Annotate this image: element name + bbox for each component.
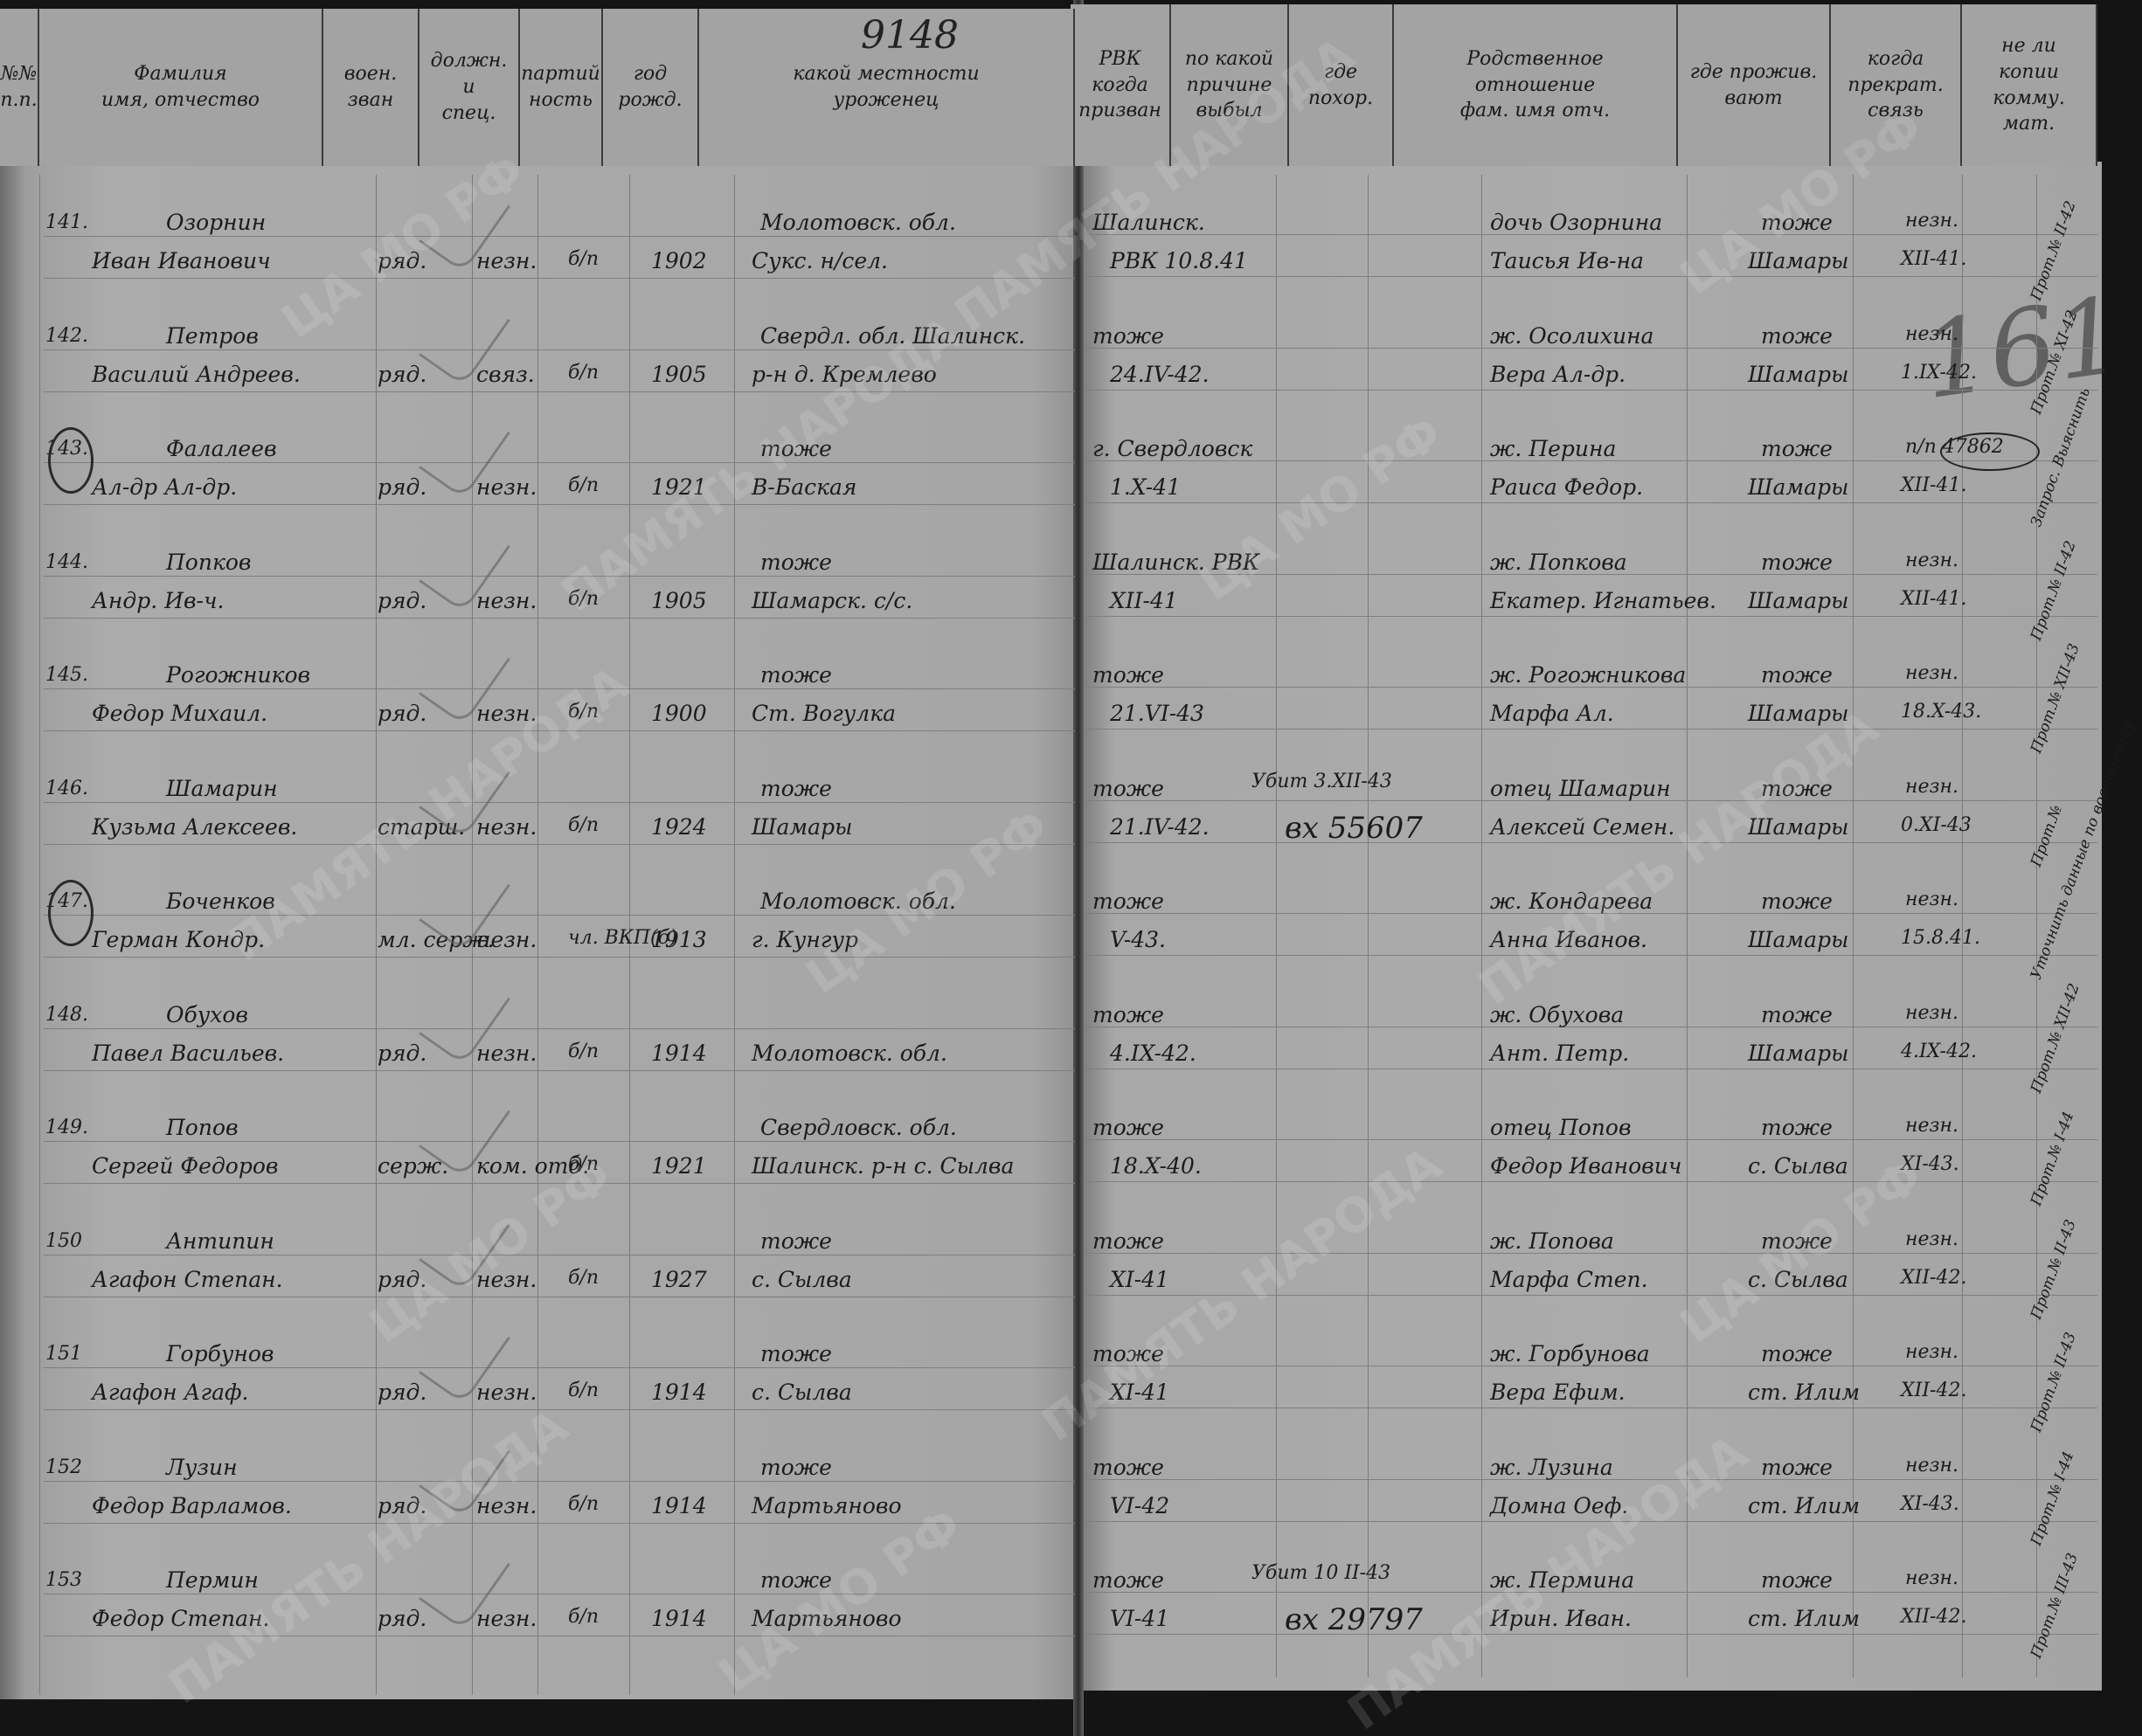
row-rule	[44, 236, 1075, 237]
relative-place-1: тоже	[1761, 1228, 1833, 1254]
header-col-relative_place: где прожив. вают	[1678, 4, 1831, 166]
row-rule	[44, 462, 1075, 463]
relative-line-1: ж. Попкова	[1490, 550, 1627, 575]
column-divider	[1687, 175, 1688, 1677]
surname: Петров	[166, 323, 259, 349]
party: б/п	[568, 362, 599, 384]
row-rule	[44, 1481, 1075, 1482]
relative-line-2: Ант. Петр.	[1490, 1041, 1629, 1066]
specialty: незн.	[476, 1041, 537, 1066]
rank: ряд.	[378, 362, 426, 387]
birth-year: 1905	[651, 362, 707, 387]
drafted-line-1: тоже	[1092, 1115, 1164, 1140]
drafted-line-1: Шалинск.	[1092, 210, 1205, 235]
origin-line-2: В-Баская	[752, 474, 856, 500]
row-rule	[44, 1594, 1075, 1594]
relative-place-1: тоже	[1761, 776, 1833, 801]
row-rule	[1084, 1295, 2097, 1296]
circled-row-mark	[48, 880, 94, 946]
birth-year: 1914	[651, 1493, 707, 1518]
origin-line-2: г. Кунгур	[752, 927, 858, 952]
relative-line-2: Марфа Степ.	[1490, 1267, 1648, 1292]
row-rule	[44, 504, 1075, 505]
relative-place-2: Шамары	[1748, 1041, 1848, 1066]
relative-line-1: отец Попов	[1490, 1115, 1632, 1140]
relative-line-2: Таисья Ив-на	[1490, 248, 1644, 273]
row-rule	[44, 1183, 1075, 1184]
surname: Попков	[166, 550, 252, 575]
column-divider	[734, 175, 735, 1695]
rank: ряд.	[378, 1267, 426, 1292]
row-number: 141.	[45, 211, 88, 233]
contact-line-2: XI-43.	[1901, 1493, 1959, 1515]
origin-line-1: Свердл. обл. Шалинск.	[760, 323, 1025, 349]
drafted-line-2: 1.X-41	[1110, 474, 1181, 500]
relative-place-2: ст. Илим	[1748, 1606, 1860, 1631]
surname: Горбунов	[166, 1341, 274, 1366]
contact-line-2: 0.XI-43	[1901, 814, 1972, 836]
row-rule	[44, 844, 1075, 845]
rank: ряд.	[378, 1041, 426, 1066]
row-number: 151	[45, 1343, 82, 1365]
relative-place-1: тоже	[1761, 1341, 1833, 1366]
row-rule	[44, 391, 1075, 392]
birth-year: 1905	[651, 588, 707, 613]
given-names: Ал-др Ал-др.	[92, 474, 237, 500]
relative-place-1: тоже	[1761, 662, 1833, 688]
column-divider	[1962, 175, 1963, 1677]
contact-line-1: незн.	[1905, 1228, 1958, 1250]
header-col-notes: не ли копии комму. мат.	[1962, 4, 2097, 166]
row-number: 146.	[45, 778, 88, 799]
drafted-line-1: тоже	[1092, 889, 1164, 914]
row-rule	[44, 1367, 1075, 1368]
relative-place-1: тоже	[1761, 889, 1833, 914]
relative-place-1: тоже	[1761, 1002, 1833, 1027]
birth-year: 1913	[651, 927, 707, 952]
party: б/п	[568, 248, 599, 270]
row-number: 149.	[45, 1117, 88, 1138]
given-names: Иван Иванович	[92, 248, 271, 273]
row-rule	[44, 1255, 1075, 1255]
contact-line-1: незн.	[1905, 1567, 1958, 1589]
surname: Лузин	[166, 1455, 238, 1480]
relative-line-2: Домна Оеф.	[1490, 1493, 1628, 1518]
birth-year: 1927	[651, 1267, 707, 1292]
relative-place-2: Шамары	[1748, 248, 1848, 273]
rank: ряд.	[378, 1493, 426, 1518]
specialty: незн.	[476, 927, 537, 952]
row-rule	[44, 915, 1075, 916]
relative-place-1: тоже	[1761, 210, 1833, 235]
row-rule	[1084, 1634, 2097, 1635]
origin-line-2: Мартьяново	[752, 1606, 902, 1631]
row-number: 148.	[45, 1004, 88, 1026]
birth-year: 1914	[651, 1041, 707, 1066]
birth-year: 1914	[651, 1380, 707, 1405]
header-col-no: №№ п.п.	[0, 9, 39, 166]
contact-line-1: незн.	[1905, 323, 1958, 345]
origin-line-2: с. Сылва	[752, 1267, 852, 1292]
contact-line-2: 18.X-43.	[1901, 701, 1981, 723]
drafted-line-1: тоже	[1092, 1228, 1164, 1254]
rank: ряд.	[378, 474, 426, 500]
row-number: 145.	[45, 664, 88, 686]
drafted-line-2: 4.IX-42.	[1110, 1041, 1196, 1066]
row-rule	[44, 618, 1075, 619]
row-rule	[44, 1028, 1075, 1029]
origin-line-2: Шалинск. р-н с. Сылва	[752, 1153, 1014, 1179]
origin-line-1: тоже	[760, 776, 832, 801]
book-spine-fold	[1073, 0, 1084, 1736]
header-col-specialty: должн. и спец.	[419, 9, 520, 166]
rank: ряд.	[378, 1380, 426, 1405]
header-col-party: партий ность	[520, 9, 603, 166]
drafted-line-2: 21.IV-42.	[1110, 814, 1210, 840]
contact-line-2: XII-41.	[1901, 248, 1966, 270]
party: б/п	[568, 814, 599, 836]
header-col-relative: Родственное отношение фам. имя отч.	[1394, 4, 1678, 166]
header-col-contact_end: когда прекрат. связь	[1831, 4, 1962, 166]
origin-line-2: Мартьяново	[752, 1493, 902, 1518]
origin-line-2: Шамары	[752, 814, 852, 840]
relative-line-2: Екатер. Игнатьев.	[1490, 588, 1716, 613]
contact-line-2: 1.IX-42.	[1901, 362, 1977, 384]
drafted-line-2: XI-41	[1110, 1380, 1169, 1405]
birth-year: 1921	[651, 474, 707, 500]
drafted-line-1: тоже	[1092, 1341, 1164, 1366]
fate-line-1: Убит 10 II-43	[1251, 1562, 1390, 1584]
surname: Рогожников	[166, 662, 310, 688]
surname: Фалалеев	[166, 436, 277, 461]
contact-line-2: 15.8.41.	[1901, 927, 1980, 949]
fate-line-2: вх 29797	[1285, 1602, 1423, 1637]
contact-line-2: XI-43.	[1901, 1153, 1959, 1175]
contact-line-2: XII-42.	[1901, 1267, 1966, 1289]
relative-line-2: Анна Иванов.	[1490, 927, 1647, 952]
contact-line-1: незн.	[1905, 1341, 1958, 1363]
birth-year: 1902	[651, 248, 707, 273]
drafted-line-2: 18.X-40.	[1110, 1153, 1202, 1179]
row-rule	[1084, 616, 2097, 617]
specialty: связ.	[476, 362, 535, 387]
contact-line-1: незн.	[1905, 550, 1958, 571]
header-col-where: где похор.	[1289, 4, 1394, 166]
origin-line-2: Ст. Вогулка	[752, 701, 896, 726]
row-rule	[44, 802, 1075, 803]
drafted-line-1: тоже	[1092, 1567, 1164, 1593]
circled-row-mark	[48, 427, 94, 494]
drafted-line-2: РВК 10.8.41	[1110, 248, 1248, 273]
origin-line-1: тоже	[760, 1567, 832, 1593]
given-names: Федор Степан.	[92, 1606, 269, 1631]
birth-year: 1921	[651, 1153, 707, 1179]
fate-line-1: Убит 3.XII-43	[1251, 771, 1392, 792]
origin-line-2: Сукс. н/сел.	[752, 248, 888, 273]
row-rule	[1084, 276, 2097, 277]
row-rule	[44, 1141, 1075, 1142]
relative-place-2: Шамары	[1748, 701, 1848, 726]
rank: ряд.	[378, 701, 426, 726]
drafted-line-1: тоже	[1092, 1455, 1164, 1480]
relative-line-1: ж. Перина	[1490, 436, 1616, 461]
column-divider	[537, 175, 538, 1695]
relative-place-1: тоже	[1761, 1567, 1833, 1593]
relative-place-1: тоже	[1761, 1455, 1833, 1480]
origin-line-1: тоже	[760, 1455, 832, 1480]
row-rule	[44, 1636, 1075, 1636]
party: б/п	[568, 474, 599, 496]
relative-place-2: Шамары	[1748, 588, 1848, 613]
specialty: незн.	[476, 1493, 537, 1518]
column-divider	[1853, 175, 1854, 1677]
specialty: незн.	[476, 701, 537, 726]
contact-line-2: XII-42.	[1901, 1606, 1966, 1628]
origin-line-1: тоже	[760, 1341, 832, 1366]
given-names: Агафон Агаф.	[92, 1380, 249, 1405]
surname: Попов	[166, 1115, 239, 1140]
contact-line-2: XII-42.	[1901, 1380, 1966, 1401]
given-names: Федор Варламов.	[92, 1493, 292, 1518]
row-rule	[44, 688, 1075, 689]
origin-line-2: Шамарск. с/с.	[752, 588, 912, 613]
relative-place-2: ст. Илим	[1748, 1380, 1860, 1405]
row-rule	[44, 730, 1075, 731]
drafted-line-2: 21.VI-43	[1110, 701, 1204, 726]
relative-place-1: тоже	[1761, 323, 1833, 349]
row-rule	[44, 1409, 1075, 1410]
relative-place-2: с. Сылва	[1748, 1153, 1848, 1179]
rank: ряд.	[378, 588, 426, 613]
contact-line-1: незн.	[1905, 210, 1958, 232]
origin-line-1: Молотовск. обл.	[760, 210, 956, 235]
party: б/п	[568, 1041, 599, 1062]
birth-year: 1914	[651, 1606, 707, 1631]
given-names: Агафон Степан.	[92, 1267, 283, 1292]
header-col-name: Фамилия имя, отчество	[39, 9, 323, 166]
specialty: незн.	[476, 474, 537, 500]
surname: Обухов	[166, 1002, 248, 1027]
party: б/п	[568, 701, 599, 723]
contact-line-1: незн.	[1905, 662, 1958, 684]
row-rule	[1084, 1521, 2097, 1522]
origin-line-1: тоже	[760, 550, 832, 575]
row-rule	[1084, 842, 2097, 843]
origin-line-1: тоже	[760, 662, 832, 688]
birth-year: 1924	[651, 814, 707, 840]
row-rule	[44, 1297, 1075, 1297]
specialty: незн.	[476, 1606, 537, 1631]
relative-place-2: Шамары	[1748, 362, 1848, 387]
row-rule	[44, 576, 1075, 577]
relative-line-2: Ирин. Иван.	[1490, 1606, 1632, 1631]
given-names: Сергей Федоров	[92, 1153, 278, 1179]
contact-line-1: незн.	[1905, 776, 1958, 798]
relative-place-2: с. Сылва	[1748, 1267, 1848, 1292]
row-number: 142.	[45, 325, 88, 347]
column-divider	[376, 175, 377, 1695]
header-col-birth_year: год рожд.	[603, 9, 699, 166]
birth-year: 1900	[651, 701, 707, 726]
drafted-line-2: V-43.	[1110, 927, 1166, 952]
party: б/п	[568, 588, 599, 610]
drafted-line-1: тоже	[1092, 1002, 1164, 1027]
drafted-line-2: VI-41	[1110, 1606, 1169, 1631]
given-names: Кузьма Алексеев.	[92, 814, 297, 840]
circled-field-number	[1940, 432, 2040, 471]
contact-line-1: незн.	[1905, 1002, 1958, 1024]
contact-line-1: незн.	[1905, 889, 1958, 910]
drafted-line-2: XII-41	[1110, 588, 1178, 613]
given-names: Василий Андреев.	[92, 362, 301, 387]
header-col-reason: по какой причине выбыл	[1171, 4, 1289, 166]
surname: Антипин	[166, 1228, 274, 1254]
specialty: незн.	[476, 1267, 537, 1292]
drafted-line-1: тоже	[1092, 776, 1164, 801]
specialty: незн.	[476, 588, 537, 613]
drafted-line-1: Шалинск. РВК	[1092, 550, 1259, 575]
specialty: незн.	[476, 814, 537, 840]
relative-line-1: ж. Горбунова	[1490, 1341, 1650, 1366]
relative-line-2: Марфа Ал.	[1490, 701, 1614, 726]
relative-place-1: тоже	[1761, 550, 1833, 575]
origin-line-1: Свердловск. обл.	[760, 1115, 957, 1140]
contact-line-1: незн.	[1905, 1455, 1958, 1477]
relative-line-1: ж. Лузина	[1490, 1455, 1613, 1480]
party: б/п	[568, 1606, 599, 1628]
relative-line-2: Вера Ефим.	[1490, 1380, 1626, 1405]
surname: Боченков	[166, 889, 275, 914]
row-number: 150	[45, 1230, 82, 1252]
drafted-line-2: 24.IV-42.	[1110, 362, 1210, 387]
origin-line-1: Молотовск. обл.	[760, 889, 956, 914]
origin-line-1: тоже	[760, 1228, 832, 1254]
origin-line-2: с. Сылва	[752, 1380, 852, 1405]
relative-line-2: Федор Иванович	[1490, 1153, 1681, 1179]
surname: Пермин	[166, 1567, 259, 1593]
header-col-drafted: РВК когда призван	[1071, 4, 1171, 166]
column-divider	[1276, 175, 1277, 1677]
row-number: 153	[45, 1569, 82, 1591]
given-names: Герман Кондр.	[92, 927, 265, 952]
rank: ряд.	[378, 248, 426, 273]
column-divider	[1368, 175, 1369, 1677]
row-rule	[44, 1523, 1075, 1524]
rank: ряд.	[378, 1606, 426, 1631]
row-rule	[1084, 1069, 2097, 1069]
party: б/п	[568, 1153, 599, 1175]
party: б/п	[568, 1493, 599, 1515]
specialty: незн.	[476, 248, 537, 273]
column-divider	[1481, 175, 1482, 1677]
relative-place-2: Шамары	[1748, 814, 1848, 840]
relative-line-2: Вера Ал-др.	[1490, 362, 1626, 387]
relative-line-1: ж. Пермина	[1490, 1567, 1634, 1593]
row-rule	[44, 349, 1075, 350]
drafted-line-1: тоже	[1092, 323, 1164, 349]
row-number: 152	[45, 1456, 82, 1478]
row-rule	[1084, 1407, 2097, 1408]
relative-place-2: Шамары	[1748, 474, 1848, 500]
drafted-line-1: тоже	[1092, 662, 1164, 688]
surname: Шамарин	[166, 776, 278, 801]
contact-line-1: незн.	[1905, 1115, 1958, 1137]
row-rule	[1084, 502, 2097, 503]
given-names: Павел Васильев.	[92, 1041, 284, 1066]
column-divider	[39, 175, 40, 1695]
fate-line-2: вх 55607	[1285, 811, 1423, 846]
row-rule	[1084, 390, 2097, 391]
relative-line-2: Раиса Федор.	[1490, 474, 1643, 500]
specialty: незн.	[476, 1380, 537, 1405]
relative-line-2: Алексей Семен.	[1490, 814, 1674, 840]
relative-line-1: ж. Обухова	[1490, 1002, 1624, 1027]
origin-line-1: тоже	[760, 436, 832, 461]
relative-line-1: дочь Озорнина	[1490, 210, 1662, 235]
header-col-rank: воен. зван	[323, 9, 419, 166]
contact-line-2: XII-41.	[1901, 588, 1966, 610]
party: б/п	[568, 1380, 599, 1401]
relative-place-1: тоже	[1761, 1115, 1833, 1140]
relative-line-1: отец Шамарин	[1490, 776, 1671, 801]
row-rule	[1084, 1181, 2097, 1182]
row-rule	[1084, 955, 2097, 956]
row-rule	[44, 957, 1075, 958]
relative-line-1: ж. Осолихина	[1490, 323, 1653, 349]
drafted-line-2: VI-42	[1110, 1493, 1169, 1518]
drafted-line-2: XI-41	[1110, 1267, 1169, 1292]
relative-place-2: ст. Илим	[1748, 1493, 1860, 1518]
origin-line-2: Молотовск. обл.	[752, 1041, 947, 1066]
row-rule	[44, 1070, 1075, 1071]
row-rule	[1084, 729, 2097, 730]
surname: Озорнин	[166, 210, 266, 235]
contact-line-2: XII-41.	[1901, 474, 1966, 496]
origin-line-2: р-н д. Кремлево	[752, 362, 937, 387]
given-names: Андр. Ив-ч.	[92, 588, 224, 613]
row-rule	[44, 278, 1075, 279]
row-number: 144.	[45, 551, 88, 573]
relative-place-2: Шамары	[1748, 927, 1848, 952]
party: б/п	[568, 1267, 599, 1289]
relative-place-1: тоже	[1761, 436, 1833, 461]
relative-line-1: ж. Попова	[1490, 1228, 1614, 1254]
relative-line-1: ж. Рогожникова	[1490, 662, 1686, 688]
header-col-origin: какой местности уроженец	[699, 9, 1075, 166]
drafted-line-1: г. Свердловск	[1092, 436, 1252, 461]
relative-line-1: ж. Кондарева	[1490, 889, 1653, 914]
contact-line-2: 4.IX-42.	[1901, 1041, 1977, 1062]
given-names: Федор Михаил.	[92, 701, 267, 726]
